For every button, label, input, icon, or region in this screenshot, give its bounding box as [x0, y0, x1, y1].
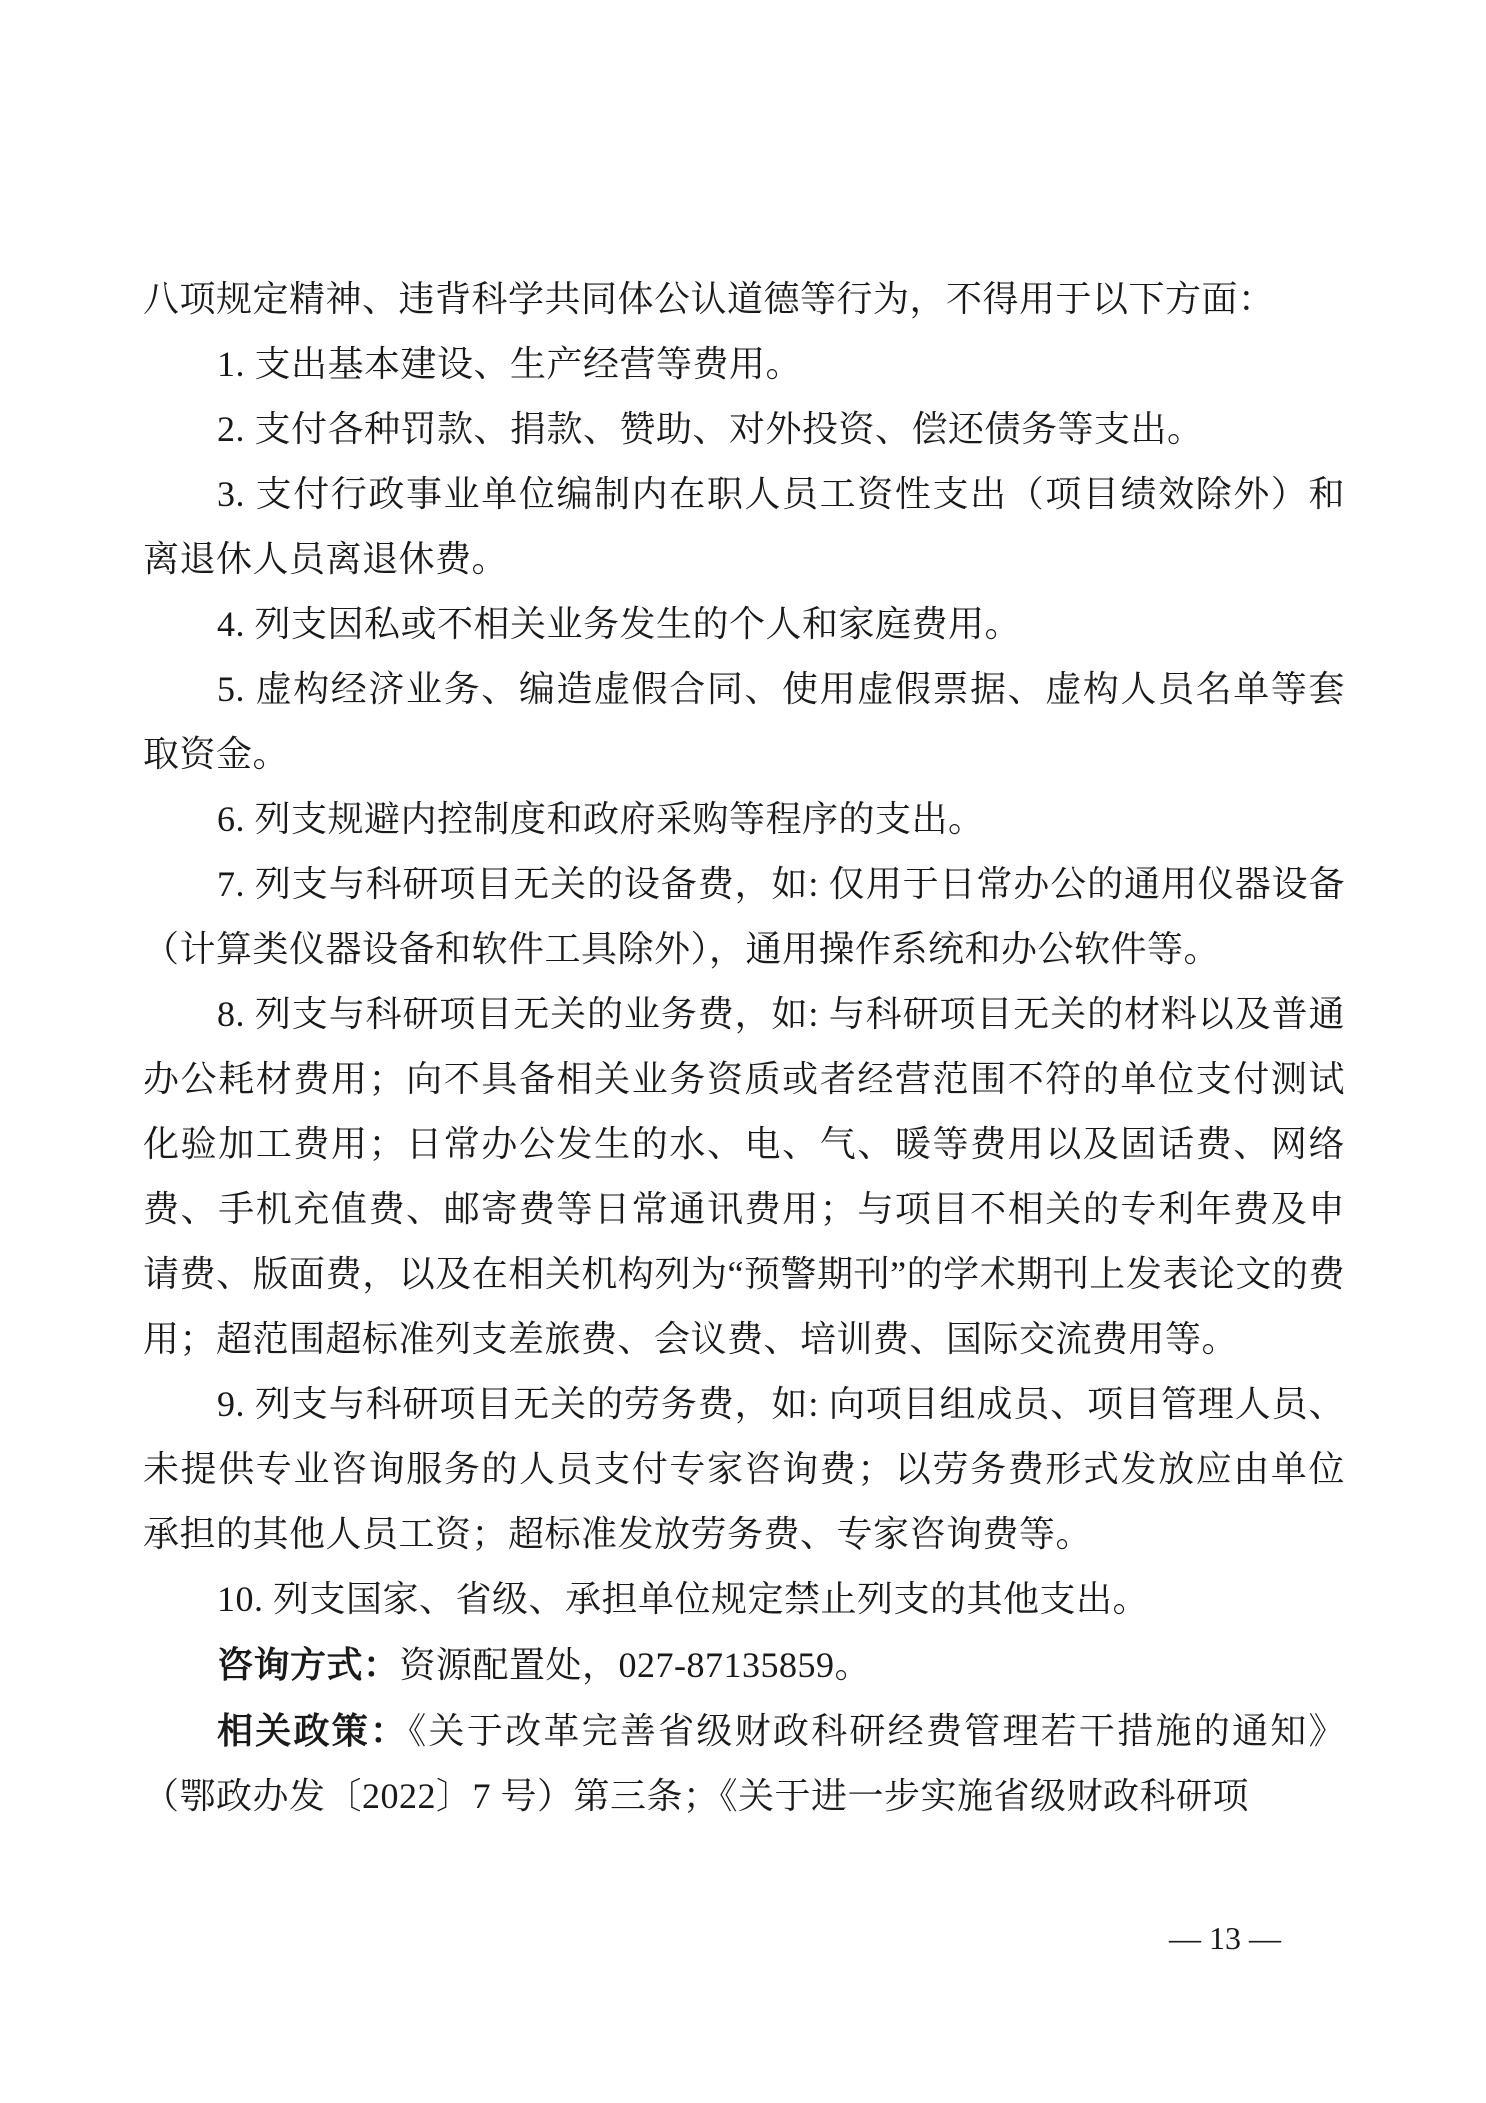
list-item-3: 3. 支付行政事业单位编制内在职人员工资性支出（项目绩效除外）和离退休人员离退休…: [143, 462, 1345, 592]
related-policy-label: 相关政策：: [217, 1710, 408, 1751]
paragraph-contact: 咨询方式：资源配置处，027-87135859。: [143, 1632, 1345, 1698]
list-item-10: 10. 列支国家、省级、承担单位规定禁止列支的其他支出。: [143, 1567, 1345, 1632]
document-body: 八项规定精神、违背科学共同体公认道德等行为，不得用于以下方面： 1. 支出基本建…: [143, 267, 1345, 1829]
list-item-1: 1. 支出基本建设、生产经营等费用。: [143, 332, 1345, 397]
contact-method-value: 资源配置处，027-87135859。: [400, 1645, 872, 1685]
list-item-8: 8. 列支与科研项目无关的业务费，如: 与科研项目无关的材料以及普通办公耗材费用…: [143, 982, 1345, 1372]
list-item-4: 4. 列支因私或不相关业务发生的个人和家庭费用。: [143, 592, 1345, 657]
list-item-9: 9. 列支与科研项目无关的劳务费，如: 向项目组成员、项目管理人员、未提供专业咨…: [143, 1372, 1345, 1567]
paragraph-related-policy: 相关政策：《关于改革完善省级财政科研经费管理若干措施的通知》（鄂政办发〔2022…: [143, 1698, 1345, 1829]
list-item-6: 6. 列支规避内控制度和政府采购等程序的支出。: [143, 787, 1345, 852]
list-item-2: 2. 支付各种罚款、捐款、赞助、对外投资、偿还债务等支出。: [143, 397, 1345, 462]
list-item-7: 7. 列支与科研项目无关的设备费，如: 仅用于日常办公的通用仪器设备（计算类仪器…: [143, 852, 1345, 982]
contact-method-label: 咨询方式：: [217, 1644, 400, 1685]
page-number: — 13 —: [1140, 1918, 1310, 1958]
list-item-5: 5. 虚构经济业务、编造虚假合同、使用虚假票据、虚构人员名单等套取资金。: [143, 657, 1345, 787]
paragraph-intro-continuation: 八项规定精神、违背科学共同体公认道德等行为，不得用于以下方面：: [143, 267, 1345, 332]
document-page: 八项规定精神、违背科学共同体公认道德等行为，不得用于以下方面： 1. 支出基本建…: [0, 0, 1486, 2103]
